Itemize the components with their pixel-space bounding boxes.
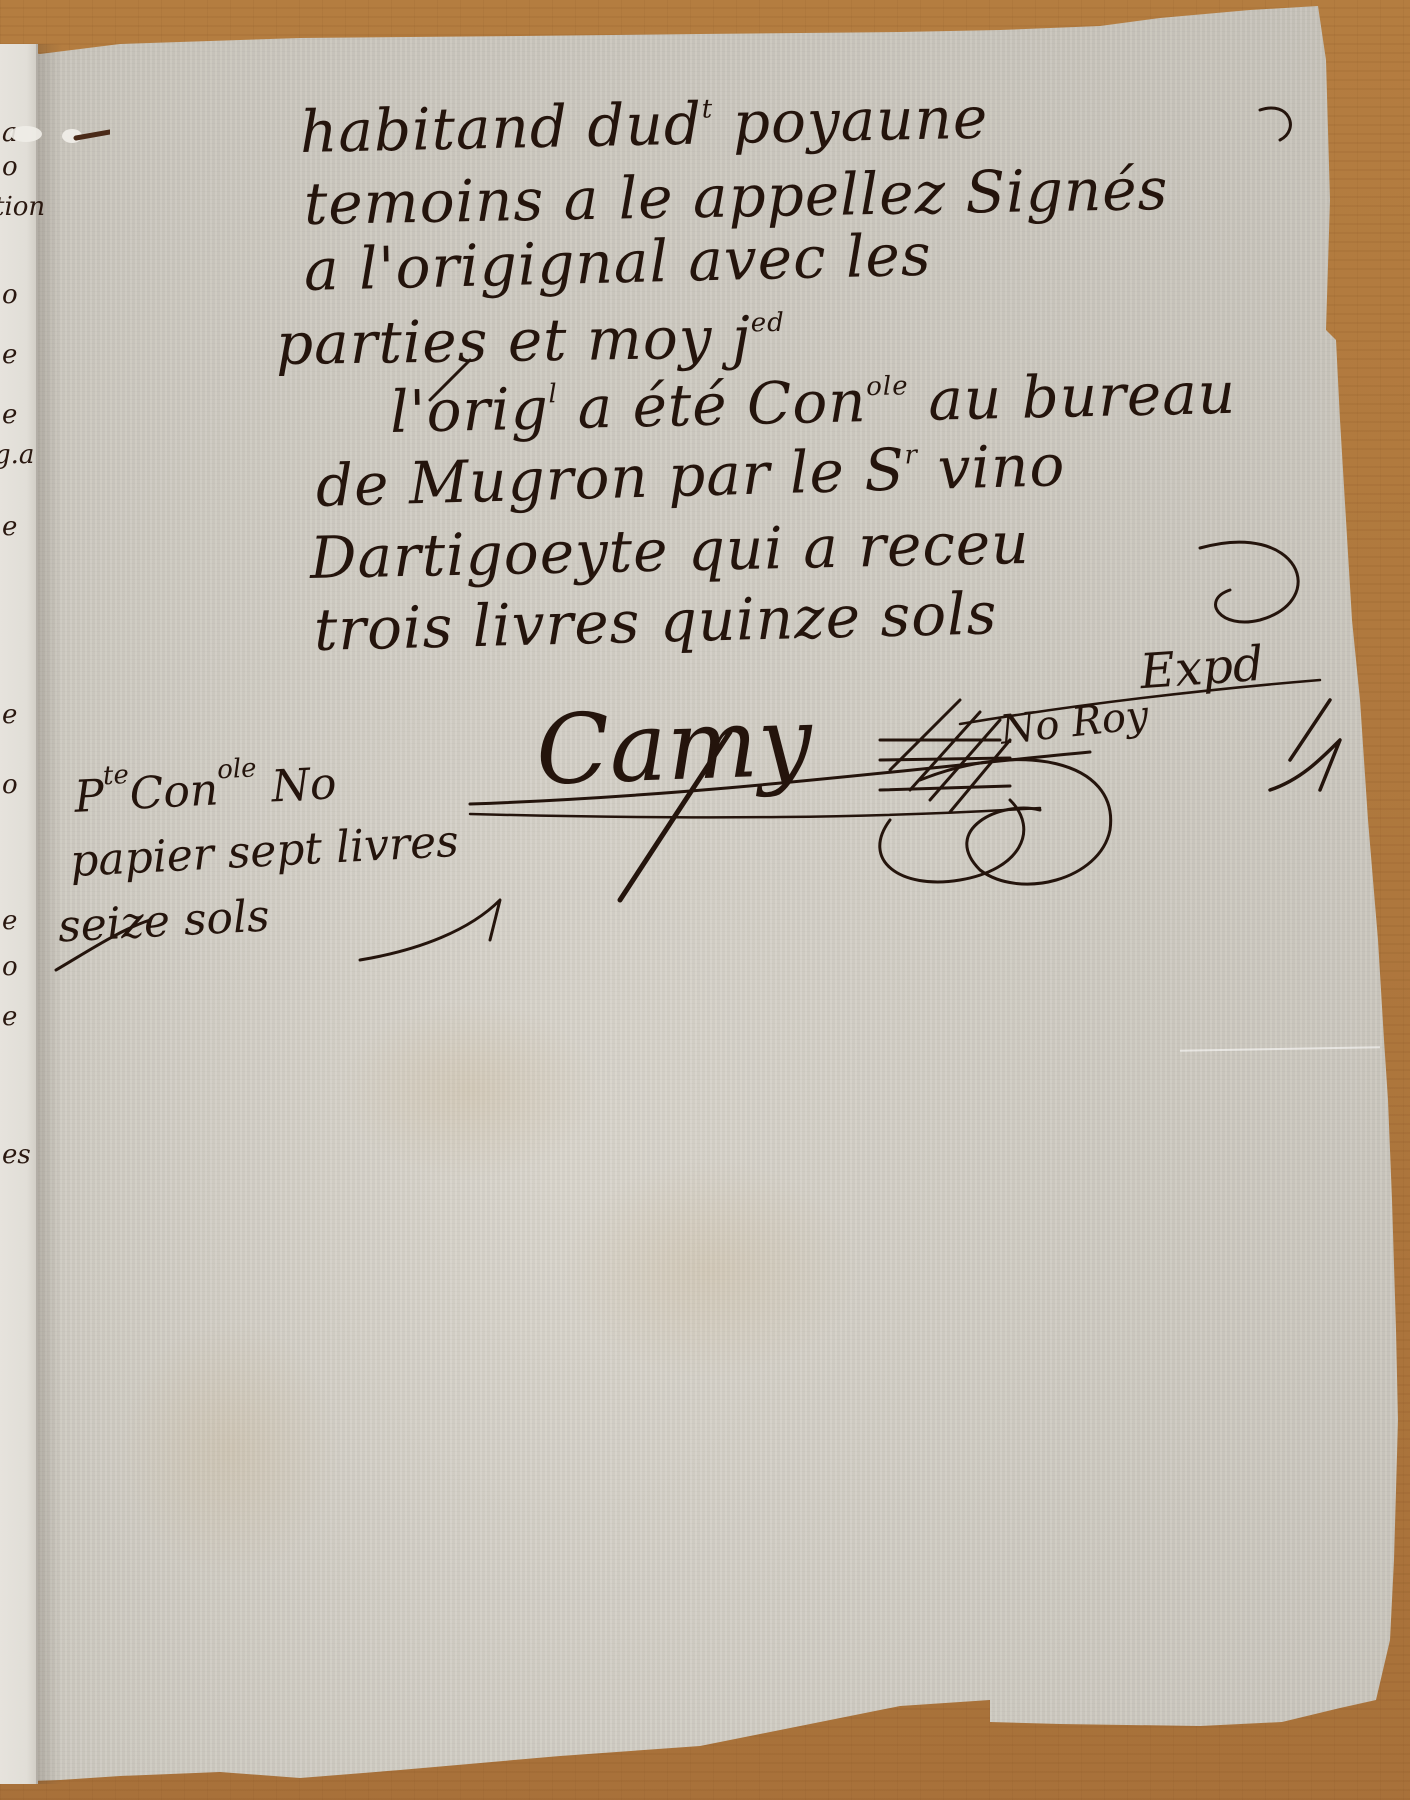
- facing-page-fragment: tion: [0, 192, 45, 222]
- facing-page-fragment: g.a: [0, 440, 34, 470]
- facing-page-fragment: o: [2, 952, 18, 982]
- note-text: No: [256, 758, 338, 813]
- superscript: te: [102, 760, 129, 791]
- note-text: Con: [128, 764, 219, 820]
- line-text: a été Con: [557, 367, 867, 442]
- text-line-4: parties et moy jed: [276, 303, 786, 378]
- facing-page-fragment: e: [2, 512, 17, 542]
- facing-page-fragment: e: [2, 1002, 17, 1032]
- binding-stitch-icon: [6, 124, 110, 146]
- superscript: r: [904, 440, 918, 470]
- line-text: parties et moy j: [276, 303, 752, 378]
- line-text: au bureau: [908, 359, 1237, 434]
- text-line-1: habitand dudt poyaune: [299, 84, 989, 166]
- signature-text: Expd: [1138, 636, 1265, 700]
- line-text: l'orig: [389, 374, 549, 446]
- paper-stain: [340, 1000, 600, 1180]
- facing-page-fragment: e: [2, 340, 17, 370]
- facing-page-fragment: e: [2, 400, 17, 430]
- facing-page-fragment: o: [2, 280, 18, 310]
- paper-stain: [120, 1320, 340, 1580]
- line-text: habitand dud: [299, 90, 702, 166]
- signature-expd: Expd: [1138, 636, 1265, 700]
- line-text: poyaune: [713, 84, 989, 158]
- note-text: P: [73, 770, 105, 822]
- superscript: ole: [216, 753, 257, 785]
- facing-page-fragment: o: [2, 152, 18, 182]
- facing-page-fragment: e: [2, 700, 17, 730]
- signature-text: Camy: [534, 685, 814, 807]
- superscript: ed: [751, 308, 785, 338]
- paper-stain: [560, 1160, 860, 1380]
- facing-page-fragment: e: [2, 906, 17, 936]
- signature-camy: Camy: [534, 685, 814, 807]
- line-text: vino: [917, 431, 1066, 503]
- facing-page-fragment: o: [2, 770, 18, 800]
- superscript: ole: [866, 371, 909, 402]
- facing-page-fragment: es: [2, 1140, 31, 1170]
